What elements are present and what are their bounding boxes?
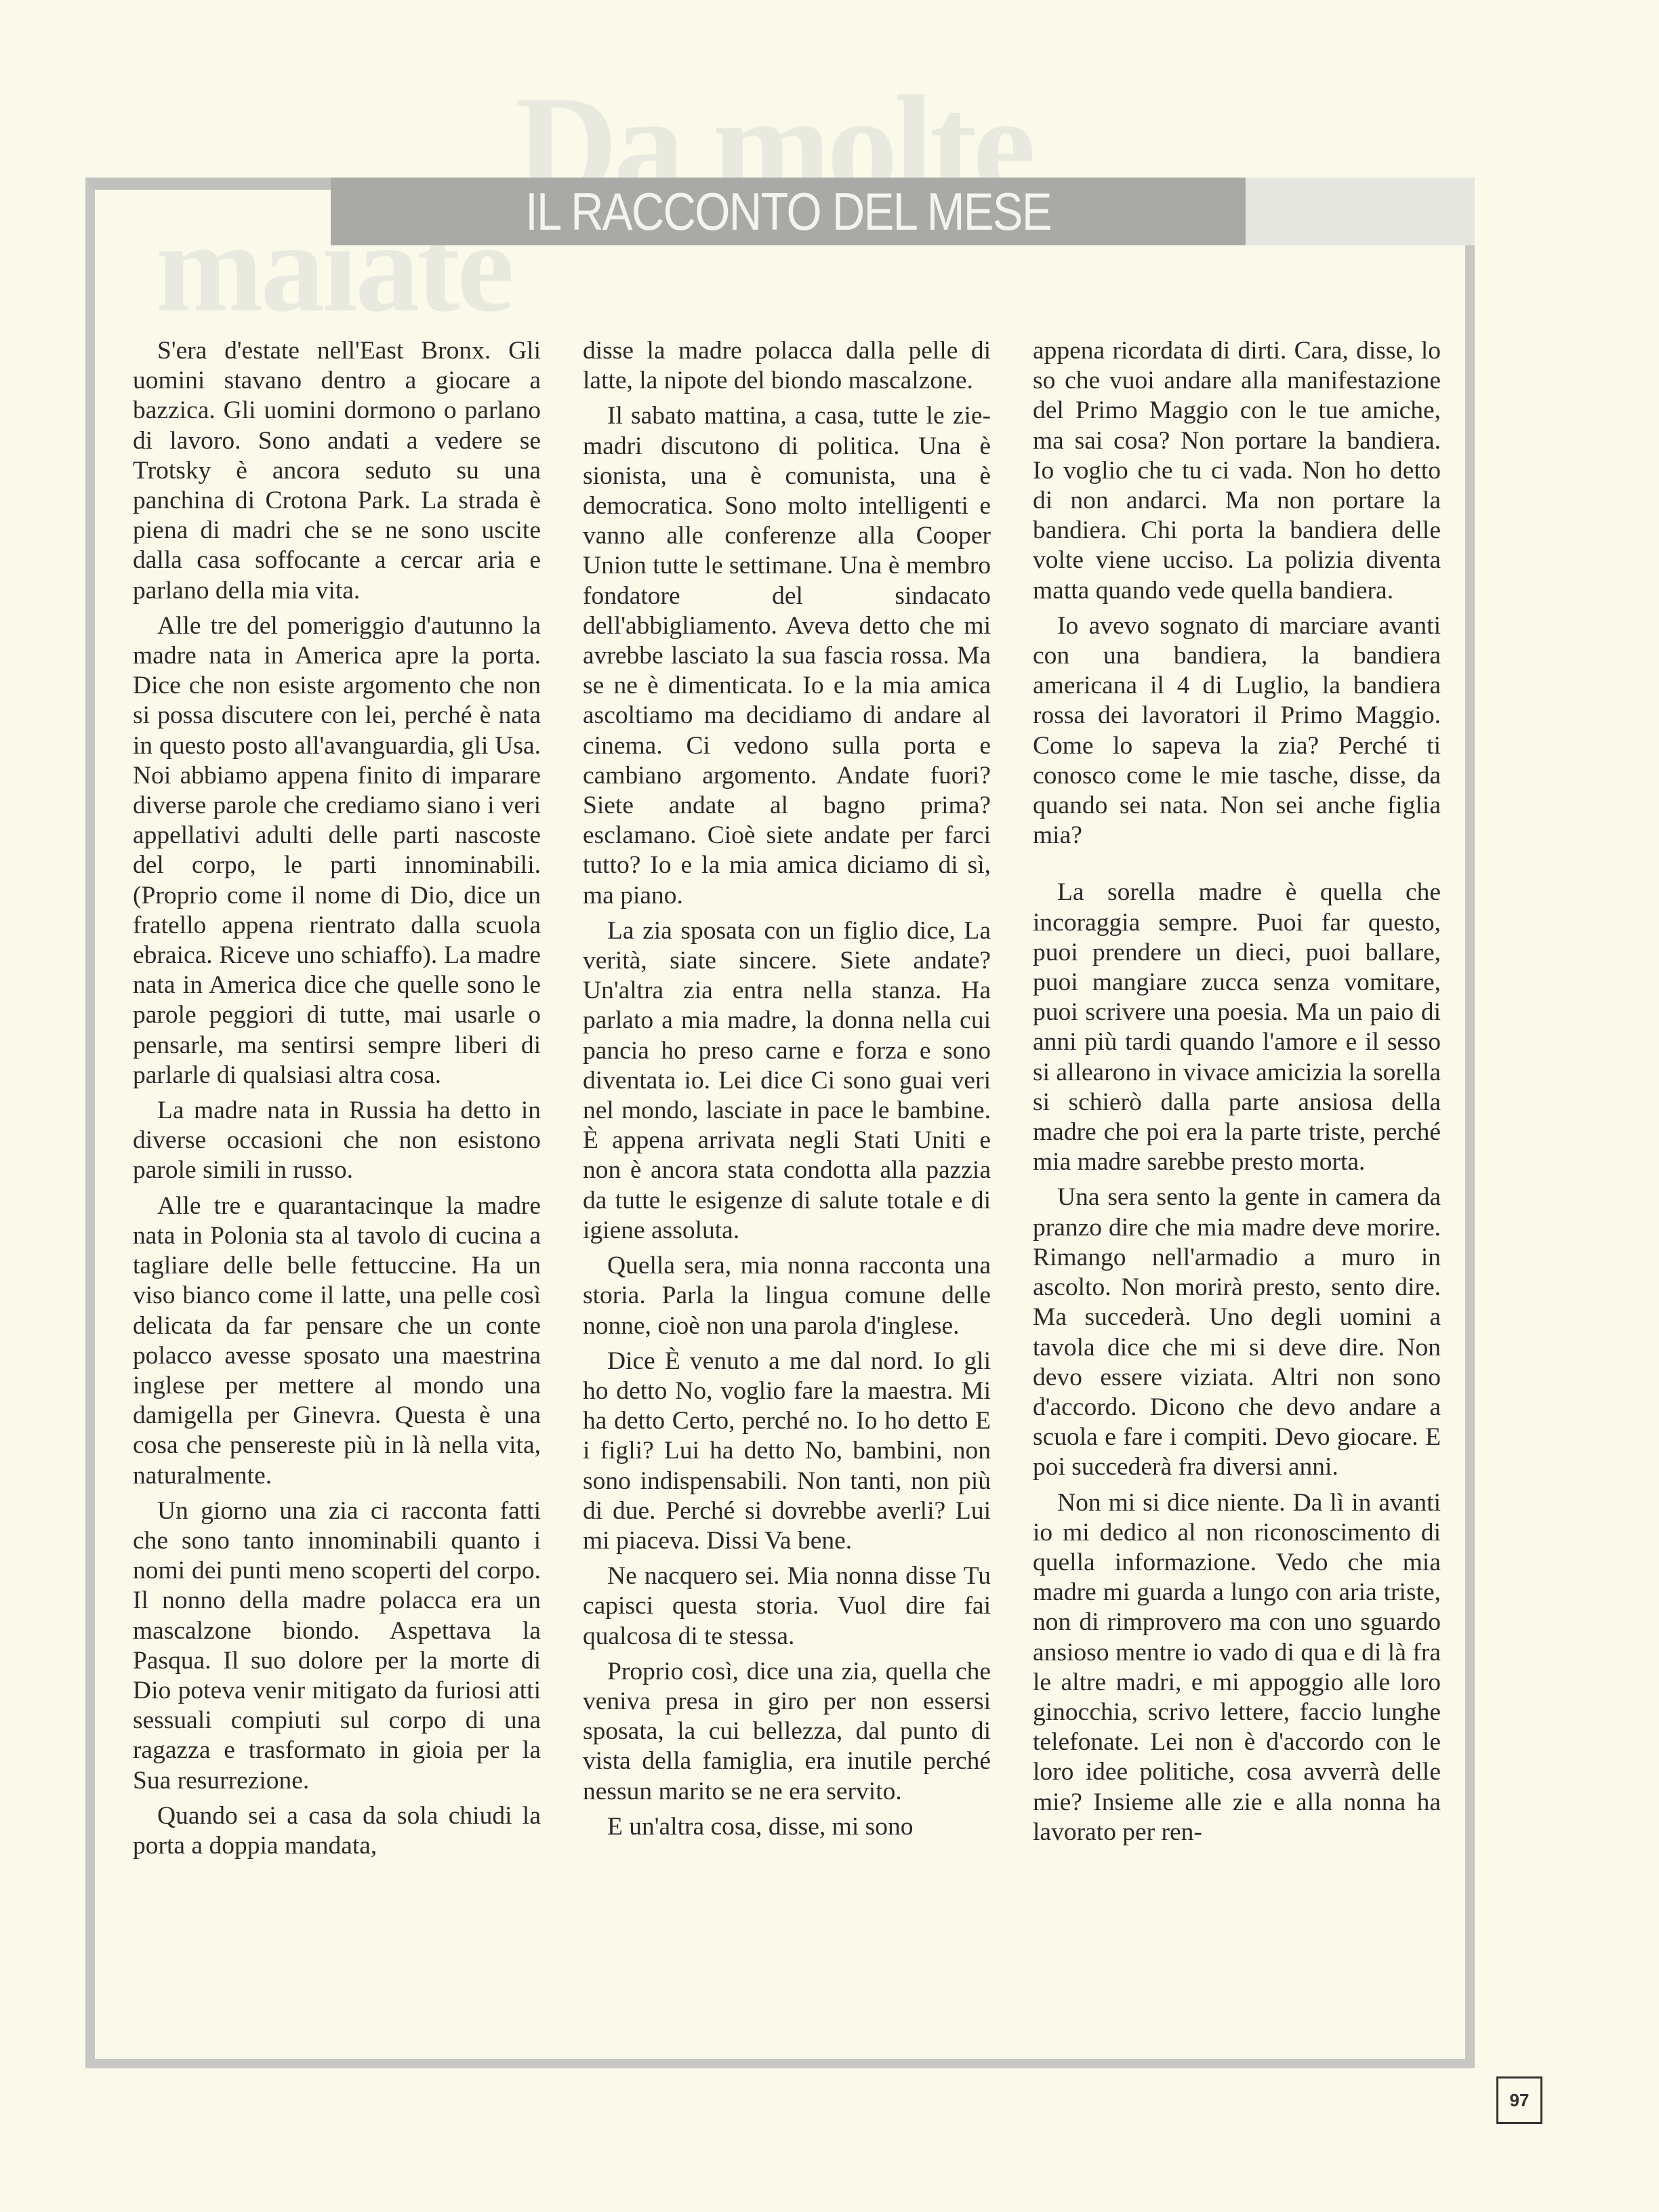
paragraph: Dice È venuto a me dal nord. Io gli ho d… [583,1347,991,1556]
column-2: disse la madre polacca dalla pelle di la… [583,336,991,2057]
article-body: S'era d'estate nell'East Bronx. Gli uomi… [133,336,1441,2057]
paragraph: Proprio così, dice una zia, quella che v… [583,1657,991,1807]
paragraph: S'era d'estate nell'East Bronx. Gli uomi… [133,336,541,606]
paragraph: Un giorno una zia ci racconta fatti che … [133,1496,541,1796]
page-number: 97 [1496,2076,1542,2124]
paragraph: La sorella madre è quella che incoraggia… [1033,878,1441,1177]
paragraph: La madre nata in Russia ha detto in dive… [133,1096,541,1186]
paragraph: Quando sei a casa da sola chiudi la port… [133,1801,541,1861]
section-banner-title: IL RACCONTO DEL MESE [525,181,1051,243]
paragraph: Una sera sento la gente in camera da pra… [1033,1183,1441,1482]
paragraph: La zia sposata con un figlio dice, La ve… [583,916,991,1246]
banner-bleed-area [1246,178,1475,245]
paragraph: Non mi si dice niente. Da lì in avanti i… [1033,1488,1441,1847]
column-3: appena ricordata di dirti. Cara, disse, … [1033,336,1441,2057]
paragraph: Alle tre del pomeriggio d'autunno la mad… [133,611,541,1090]
paragraph: Io avevo sognato di marciare avanti con … [1033,611,1441,851]
paragraph: Alle tre e quarantacinque la madre nata … [133,1191,541,1491]
paragraph: disse la madre polacca dalla pelle di la… [583,336,991,396]
paragraph: Quella sera, mia nonna racconta una stor… [583,1251,991,1341]
paragraph: Ne nacquero sei. Mia nonna disse Tu capi… [583,1561,991,1652]
column-1: S'era d'estate nell'East Bronx. Gli uomi… [133,336,541,2057]
paragraph: Il sabato mattina, a casa, tutte le zie-… [583,401,991,910]
paragraph: appena ricordata di dirti. Cara, disse, … [1033,336,1441,606]
paragraph: E un'altra cosa, disse, mi sono [583,1812,991,1842]
section-banner: IL RACCONTO DEL MESE [331,178,1246,245]
